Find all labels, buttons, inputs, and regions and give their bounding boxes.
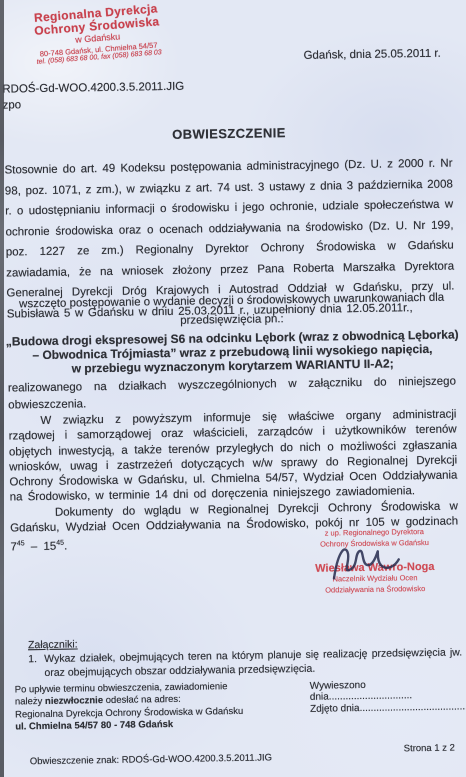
hours-close: 15 <box>43 541 56 553</box>
scan-edge-artifact <box>0 0 4 777</box>
page-number: Strona 1 z 2 <box>404 743 455 755</box>
return-notice-line2-post: odesłać na adres: <box>103 694 181 706</box>
hours-separator: – <box>25 541 44 553</box>
hours-period: . <box>64 541 67 553</box>
paragraph-decision-line: wszczęto postępowanie o wydanie decyzji … <box>11 289 454 334</box>
removed-date-field: Zdjęto dnia.............................… <box>310 701 466 714</box>
office-header-stamp: Regionalna Dyrekcja Ochrony Środowiska w… <box>7 0 189 68</box>
document-content: Regionalna Dyrekcja Ochrony Środowiska w… <box>0 0 466 777</box>
attachments-section: Załączniki: 1. Wykaz działek, obejmujący… <box>28 632 463 680</box>
signature-stamp-block: z up. Regionalnego Dyrektora Ochrony Śro… <box>284 526 465 596</box>
case-note: zpo <box>2 99 21 111</box>
return-notice-block: Po upływie terminu obwieszczenia, zawiad… <box>15 680 286 733</box>
case-number: RDOŚ-Gd-WOO.4200.3.5.2011.JIG <box>2 81 184 96</box>
handwritten-signature <box>326 540 405 585</box>
hours-close-minutes: 45 <box>56 540 64 547</box>
attachment-item-text: Wykaz działek, obejmujących teren na któ… <box>44 646 462 680</box>
scanned-document-page: Regionalna Dyrekcja Ochrony Środowiska w… <box>0 0 466 777</box>
paragraph-parcels: realizowanego na działkach wyszczególnio… <box>8 373 456 413</box>
paragraph-information: W związku z powyższym informuje się właś… <box>8 407 457 506</box>
return-notice-line2-bold: niezwłocznie <box>45 695 103 707</box>
document-reference-footer: Obwieszczenie znak: RDOŚ-Gd-WOO.4200.3.5… <box>30 752 272 767</box>
return-notice-line2-pre: należy <box>15 696 45 707</box>
posted-date-field: Wywieszono dnia.........................… <box>310 678 466 703</box>
attachment-item-number: 1. <box>28 653 44 680</box>
attachment-item: 1. Wykaz działek, obejmujących teren na … <box>28 646 462 680</box>
place-and-date: Gdańsk, dnia 25.05.2011 r. <box>303 48 440 62</box>
project-name-block: „Budowa drogi ekspresowej S6 na odcinku … <box>5 327 460 376</box>
document-title: OBWIESZCZENIE <box>0 122 462 144</box>
signer-title-line2: Oddziaływania na Środowisko <box>285 583 465 596</box>
